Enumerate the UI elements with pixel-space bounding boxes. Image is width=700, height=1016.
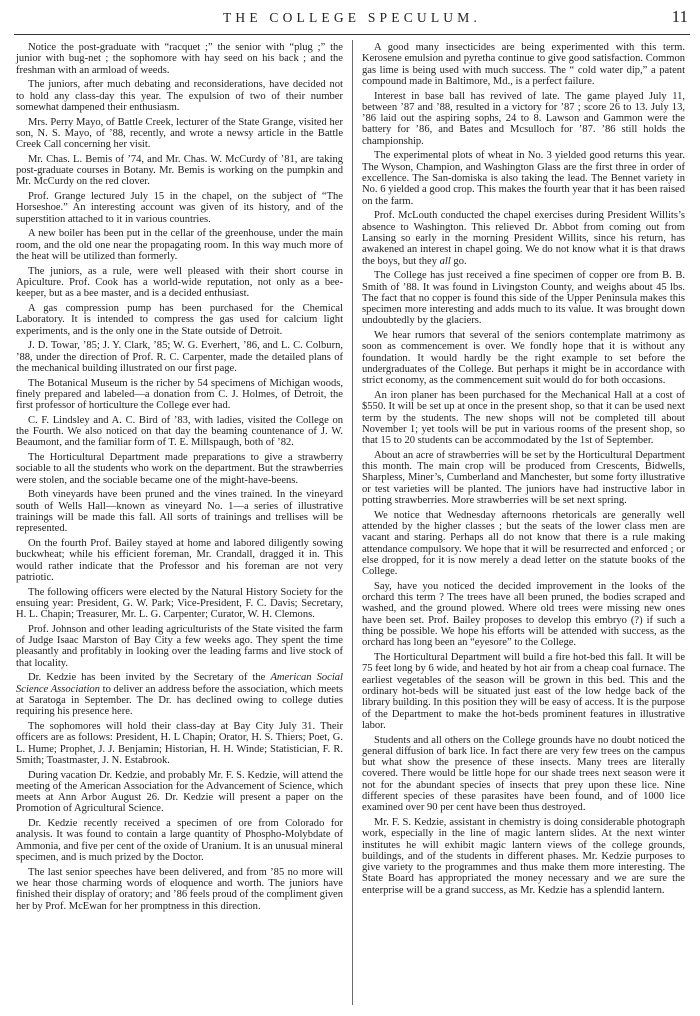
mclouth-text-end: go. (451, 256, 467, 267)
paragraph-strawberry-acre: About an acre of strawberries will be se… (362, 450, 685, 506)
paragraph-mrs-mayo: Mrs. Perry Mayo, of Battle Creek, lectur… (16, 117, 343, 151)
paragraph-sophomore-class-day: The sophomores will hold their class-day… (16, 721, 343, 766)
paragraph-wheat-plots: The experimental plots of wheat in No. 3… (362, 150, 685, 206)
paragraph-base-ball: Interest in base ball has revived of lat… (362, 91, 685, 147)
page-number: 11 (672, 7, 688, 27)
paragraph-aaas-meeting: During vacation Dr. Kedzie, and probably… (16, 770, 343, 815)
page-header: THE COLLEGE SPECULUM. 11 (14, 4, 690, 35)
paragraph-bark-lice: Students and all others on the College g… (362, 735, 685, 814)
paragraph-bemis-mccurdy: Mr. Chas. L. Bemis of ’74, and Mr. Chas.… (16, 154, 343, 188)
mclouth-text-start: Prof. McLouth conducted the chapel exerc… (362, 210, 685, 266)
paragraph-orchard: Say, have you noticed the decided improv… (362, 581, 685, 649)
paragraph-chapel-exercises: Prof. McLouth conducted the chapel exerc… (362, 210, 685, 266)
paragraph-iron-planer: An iron planer has been purchased for th… (362, 390, 685, 446)
paragraph-magic-lantern: Mr. F. S. Kedzie, assistant in chemistry… (362, 817, 685, 896)
paragraph-vineyards: Both vineyards have been pruned and the … (16, 489, 343, 534)
left-column: Notice the post-graduate with “racquet ;… (16, 42, 343, 915)
kedzie-text-start: Dr. Kedzie has been invited by the Secre… (28, 672, 270, 683)
right-column: A good many insecticides are being exper… (362, 42, 685, 899)
paragraph-gas-pump: A gas compression pump has been purchase… (16, 303, 343, 337)
newspaper-page: THE COLLEGE SPECULUM. 11 Notice the post… (0, 0, 700, 1016)
paragraph-matrimony-rumors: We hear rumors that several of the senio… (362, 330, 685, 386)
column-divider (352, 40, 353, 1005)
paragraph-botanical-museum: The Botanical Museum is the richer by 54… (16, 378, 343, 412)
paragraph-horseshoe-lecture: Prof. Grange lectured July 15 in the cha… (16, 191, 343, 225)
paragraph-colorado-ore: Dr. Kedzie recently received a specimen … (16, 818, 343, 863)
paragraph-bay-city-farm: Prof. Johnson and other leading agricult… (16, 624, 343, 669)
paragraph-alumni-visit: C. F. Lindsley and A. C. Bird of ’83, wi… (16, 415, 343, 449)
paragraph-kedzie-invitation: Dr. Kedzie has been invited by the Secre… (16, 672, 343, 717)
paragraph-copper-ore: The College has just received a fine spe… (362, 270, 685, 326)
paragraph-class-costumes: Notice the post-graduate with “racquet ;… (16, 42, 343, 76)
paragraph-strawberry-sociable: The Horticultural Department made prepar… (16, 452, 343, 486)
paragraph-senior-speeches: The last senior speeches have been deliv… (16, 867, 343, 912)
paragraph-juniors-class-day: The juniors, after much debating and rec… (16, 79, 343, 113)
paragraph-apiculture: The juniors, as a rule, were well please… (16, 266, 343, 300)
paragraph-buckwheat: On the fourth Prof. Bailey stayed at hom… (16, 538, 343, 583)
paragraph-rhetoricals: We notice that Wednesday afternoons rhet… (362, 510, 685, 578)
paragraph-new-boiler: A new boiler has been put in the cellar … (16, 228, 343, 262)
paragraph-mechanical-plans: J. D. Towar, ’85; J. Y. Clark, ’85; W. G… (16, 340, 343, 374)
paragraph-hot-bed: The Horticultural Department will build … (362, 652, 685, 731)
paragraph-natural-history-officers: The following officers were elected by t… (16, 587, 343, 621)
emphasis-all: all (440, 256, 451, 267)
paragraph-insecticides: A good many insecticides are being exper… (362, 42, 685, 87)
publication-title: THE COLLEGE SPECULUM. (14, 10, 690, 26)
